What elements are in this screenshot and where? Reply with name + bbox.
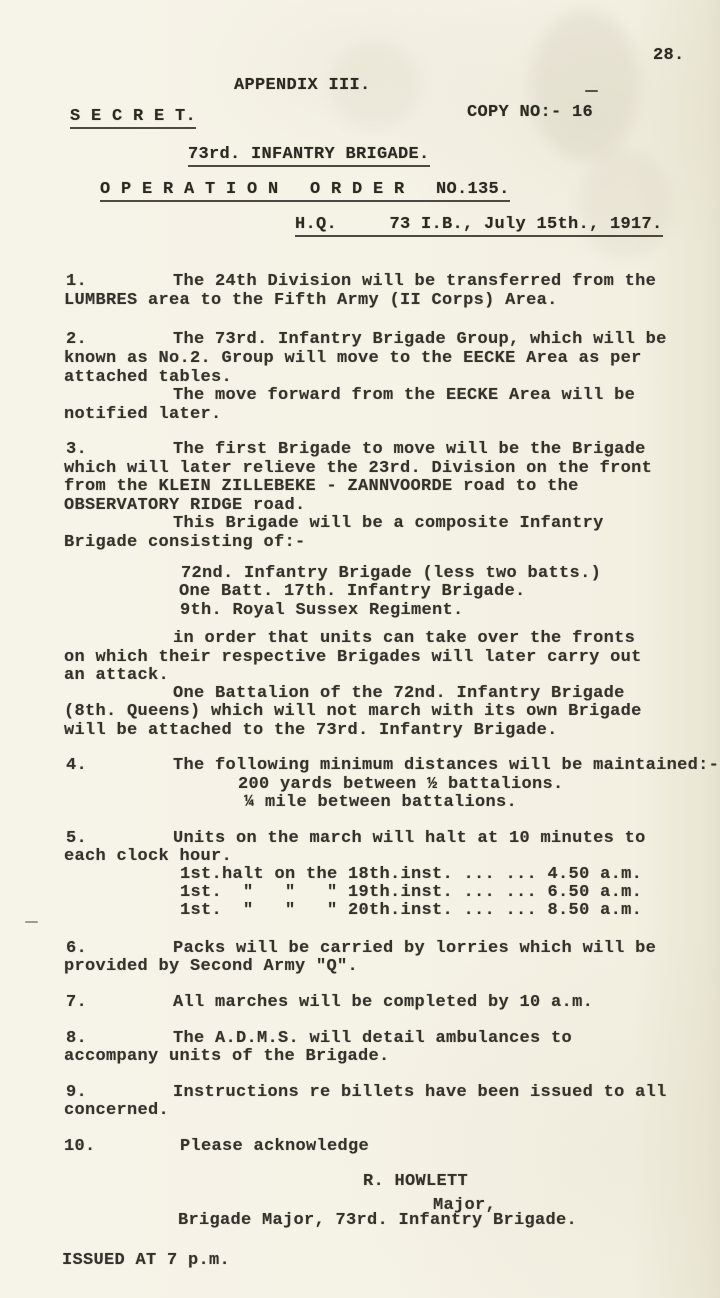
document-line: One Battalion of the 72nd. Infantry Brig… xyxy=(173,685,625,702)
document-line: This Brigade will be a composite Infantr… xyxy=(173,515,604,532)
page-number: 28. xyxy=(653,47,685,64)
document-line: concerned. xyxy=(64,1102,169,1119)
document-line: from the KLEIN ZILLEBEKE - ZANNVOORDE ro… xyxy=(64,478,579,495)
document-line: 9th. Royal Sussex Regiment. xyxy=(180,602,464,619)
appendix-heading: APPENDIX III. xyxy=(234,77,371,94)
document-line: Brigade consisting of:- xyxy=(64,534,306,551)
document-line: The first Brigade to move will be the Br… xyxy=(173,441,646,458)
document-line: 200 yards between ½ battalions. xyxy=(238,776,564,793)
document-line: on which their respective Brigades will … xyxy=(64,649,642,666)
paragraph-number: 3. xyxy=(66,441,87,458)
paragraph-number: 4. xyxy=(66,757,87,774)
paragraph-number: 1. xyxy=(66,273,87,290)
document-line: The move forward from the EECKE Area wil… xyxy=(173,387,635,404)
document-line: Packs will be carried by lorries which w… xyxy=(173,940,656,957)
document-line: LUMBRES area to the Fifth Army (II Corps… xyxy=(64,292,558,309)
document-line: 72nd. Infantry Brigade (less two batts.) xyxy=(181,565,601,582)
document-line: The 73rd. Infantry Brigade Group, which … xyxy=(173,331,667,348)
hq-dateline: H.Q. 73 I.B., July 15th., 1917. xyxy=(295,216,663,237)
signature-title: Brigade Major, 73rd. Infantry Brigade. xyxy=(178,1212,577,1229)
classification-label: S E C R E T. xyxy=(70,108,196,129)
document-line: 1st. " " " 19th.inst. ... ... 6.50 a.m. xyxy=(180,884,642,901)
paragraph-number: 9. xyxy=(66,1084,87,1101)
paragraph-number: 7. xyxy=(66,994,87,1011)
paragraph-number: 5. xyxy=(66,830,87,847)
document-line: notified later. xyxy=(64,406,222,423)
document-line: known as No.2. Group will move to the EE… xyxy=(64,350,642,367)
paragraph-number: 6. xyxy=(66,940,87,957)
document-line: in order that units can take over the fr… xyxy=(173,630,635,647)
document-line: OBSERVATORY RIDGE road. xyxy=(64,497,306,514)
paragraph-number: 2. xyxy=(66,331,87,348)
document-line: Units on the march will halt at 10 minut… xyxy=(173,830,646,847)
document-line: The following minimum distances will be … xyxy=(173,757,719,774)
document-line: 1st. " " " 20th.inst. ... ... 8.50 a.m. xyxy=(180,902,642,919)
scan-smudge xyxy=(530,10,640,160)
document-line: an attack. xyxy=(64,667,169,684)
document-line: (8th. Queens) which will not march with … xyxy=(64,703,642,720)
document-line: All marches will be completed by 10 a.m. xyxy=(173,994,593,1011)
document-line: provided by Second Army "Q". xyxy=(64,958,358,975)
document-line: Please acknowledge xyxy=(180,1138,369,1155)
document-line: Instructions re billets have been issued… xyxy=(173,1084,667,1101)
document-line: ¼ mile between battalions. xyxy=(244,794,517,811)
scan-smudge xyxy=(580,150,670,260)
document-line: The A.D.M.S. will detail ambulances to xyxy=(173,1030,572,1047)
pencil-dash-mark xyxy=(585,90,598,92)
document-line: each clock hour. xyxy=(64,848,232,865)
document-line: attached tables. xyxy=(64,369,232,386)
issued-time: ISSUED AT 7 p.m. xyxy=(62,1252,230,1269)
copy-number: COPY NO:- 16 xyxy=(467,104,593,121)
pencil-dash-mark xyxy=(25,921,38,923)
document-line: accompany units of the Brigade. xyxy=(64,1048,390,1065)
document-line: One Batt. 17th. Infantry Brigade. xyxy=(179,583,526,600)
unit-heading: 73rd. INFANTRY BRIGADE. xyxy=(188,146,430,167)
document-line: 1st.halt on the 18th.inst. ... ... 4.50 … xyxy=(180,866,642,883)
paragraph-number: 8. xyxy=(66,1030,87,1047)
signature-name: R. HOWLETT xyxy=(363,1173,468,1190)
paragraph-number: 10. xyxy=(64,1138,96,1155)
order-title: O P E R A T I O N O R D E R NO.135. xyxy=(100,181,510,202)
document-line: which will later relieve the 23rd. Divis… xyxy=(64,460,652,477)
document-line: will be attached to the 73rd. Infantry B… xyxy=(64,722,558,739)
scanned-document-page: 28. APPENDIX III. S E C R E T. COPY NO:-… xyxy=(0,0,720,1298)
document-line: The 24th Division will be transferred fr… xyxy=(173,273,656,290)
